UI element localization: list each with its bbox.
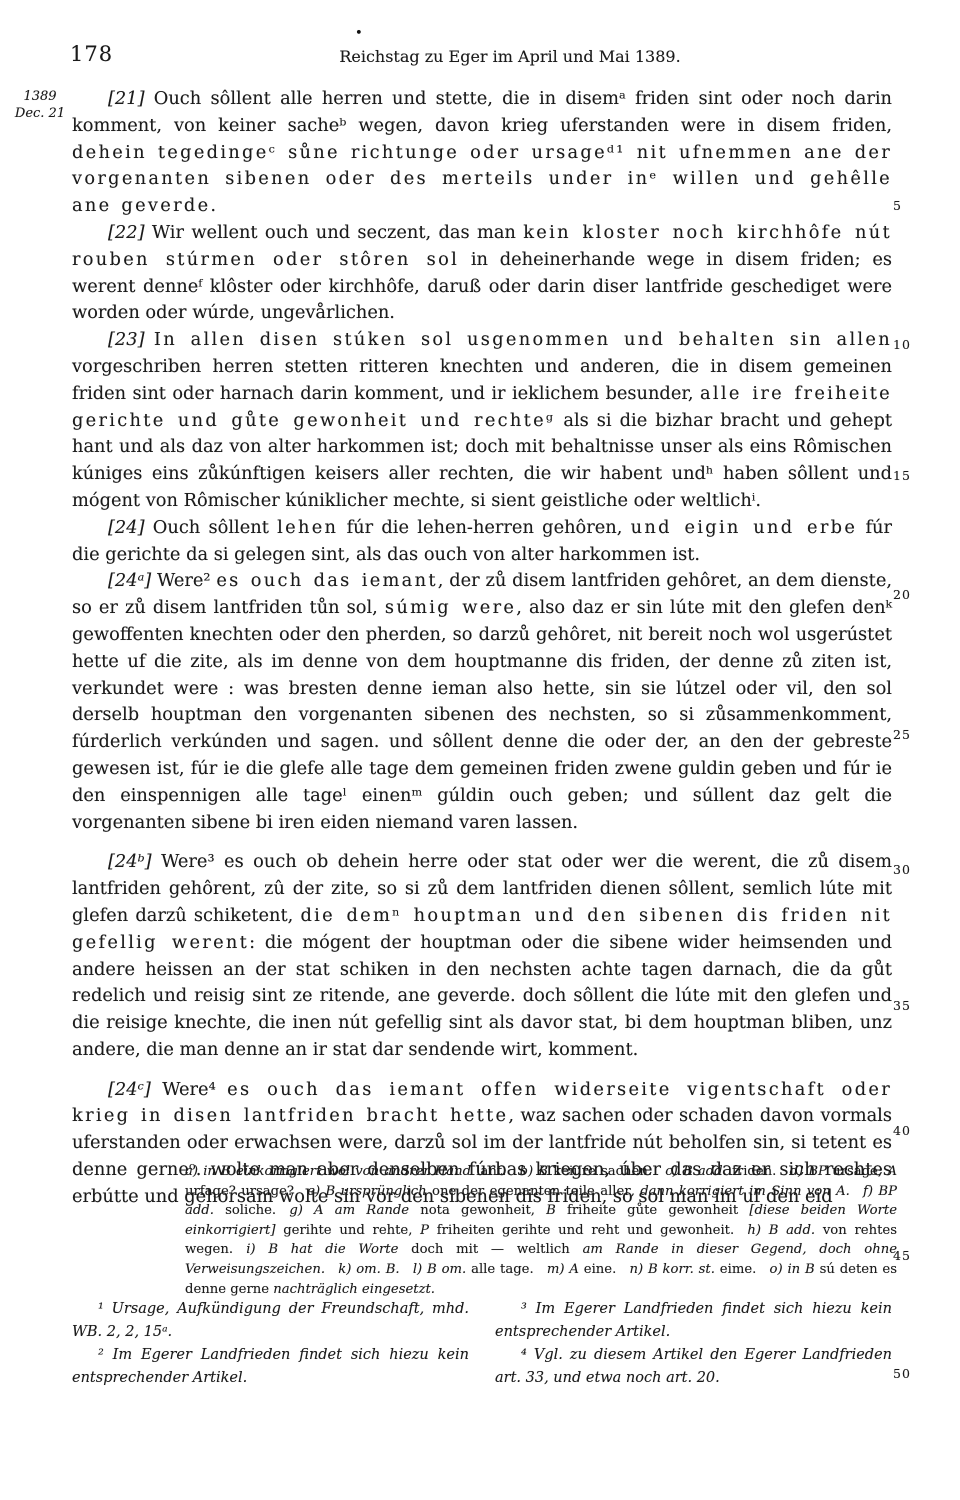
footnotes: ¹ Ursage, Aufkündigung der Freundschaft,…	[72, 1298, 892, 1390]
text-segment: alle tage.	[471, 1262, 547, 1277]
footnotes-left: ¹ Ursage, Aufkündigung der Freundschaft,…	[72, 1298, 469, 1390]
text-segment: k) om. B.	[338, 1262, 413, 1277]
text-segment: Were⁴	[162, 1079, 227, 1100]
text-segment: fúr die lehen-herren gehôren,	[338, 517, 630, 538]
paragraph-label: [24]	[108, 517, 153, 538]
paragraph-label: [24ᵇ]	[108, 851, 161, 872]
footnote-item: ² Im Egerer Landfrieden findet sich hiez…	[72, 1344, 469, 1390]
text-segment: dehein tegedingeᶜ sůne richtunge oder ur…	[72, 142, 892, 217]
text-segment: urfage? ursage?	[185, 1184, 307, 1199]
text-segment: friheiten gerihte und reht und gewonheit…	[437, 1223, 748, 1238]
text-segment: Ouch sôllent	[153, 517, 277, 538]
text-segment: friheite gůte gewonheit	[567, 1203, 749, 1218]
line-number: 35	[893, 998, 929, 1013]
text-segment: i) B hat die Worte	[246, 1242, 411, 1257]
text-segment: n) B korr. st.	[629, 1262, 719, 1277]
text-segment: a) in B einkorrigiert wol von andrer Han…	[185, 1164, 476, 1179]
text-segment: , also daz er sin lúte mit den glefen de…	[72, 597, 892, 832]
line-number: 20	[893, 587, 929, 602]
line-number: 10	[893, 337, 929, 352]
text-segment: friden.	[732, 1164, 790, 1179]
text-segment: In allen disen stúken sol usgenommen und…	[154, 329, 892, 350]
paragraph: [24ᵃ] Were² es ouch das iemant, der zů d…	[72, 568, 892, 836]
text-segment: e) B ursprünglich	[307, 1184, 432, 1199]
text-segment: d) BP	[790, 1164, 833, 1179]
line-number: 5	[893, 198, 929, 213]
paragraph-label: [23]	[108, 329, 154, 350]
text-segment: nachträglich eingesetzt.	[273, 1282, 435, 1297]
text-segment: lant.	[476, 1164, 519, 1179]
text-segment: b) B	[520, 1164, 554, 1179]
running-header: Reichstag zu Eger im April und Mai 1389.	[60, 47, 960, 66]
paragraph-label: [24ᵃ]	[108, 570, 157, 591]
text-segment: Were²	[157, 570, 216, 591]
text-segment: keiure sachen.	[553, 1164, 665, 1179]
line-number: 30	[893, 862, 929, 877]
text-segment: eime.	[720, 1262, 770, 1277]
text-segment: gerihte und rehte,	[283, 1223, 420, 1238]
paragraph: [23] In allen disen stúken sol usgenomme…	[72, 327, 892, 515]
text-segment: o) in B	[770, 1262, 820, 1277]
text-segment: doch mit — weltlich	[411, 1242, 582, 1257]
line-number: 15	[893, 468, 929, 483]
text-segment: Wir wellent ouch und seczent, das man	[152, 222, 523, 243]
text-segment: , dann korrigiert im Sinn von A.	[631, 1184, 863, 1199]
line-number: 50	[893, 1366, 929, 1381]
text-segment: eine.	[584, 1262, 630, 1277]
text-segment: l) B om.	[413, 1262, 471, 1277]
text-segment: B	[546, 1203, 567, 1218]
line-number: 40	[893, 1123, 929, 1138]
margin-date: 1389 Dec. 21	[10, 88, 70, 122]
apparatus: a) in B einkorrigiert wol von andrer Han…	[185, 1162, 897, 1299]
document-page: • 178 Reichstag zu Eger im April und Mai…	[0, 0, 960, 1500]
footnote-item: ¹ Ursage, Aufkündigung der Freundschaft,…	[72, 1298, 469, 1344]
text-segment: ursage;	[832, 1164, 887, 1179]
text-segment: P	[420, 1223, 437, 1238]
text-segment: one der egenanten teile aller	[432, 1184, 631, 1199]
paragraph: [22] Wir wellent ouch und seczent, das m…	[72, 220, 892, 327]
text-segment: c) B add.	[665, 1164, 732, 1179]
text-segment: h) B add.	[747, 1223, 823, 1238]
text-segment: es ouch das iemant	[216, 570, 437, 591]
footnote-item: ³ Im Egerer Landfrieden findet sich hiez…	[495, 1298, 892, 1344]
text-segment: lehen	[277, 517, 338, 538]
paragraph-label: [21]	[108, 88, 154, 109]
main-text: [21] Ouch sôllent alle herren und stette…	[72, 86, 892, 1211]
line-number: 45	[893, 1248, 929, 1263]
text-segment: soliche.	[225, 1203, 289, 1218]
text-segment: und eigin und erbe	[631, 517, 858, 538]
paragraph: [24ᵇ] Were³ es ouch ob dehein herre oder…	[72, 849, 892, 1063]
ornament-dot: •	[355, 29, 363, 39]
text-segment: m) A	[547, 1262, 584, 1277]
paragraph: [24] Ouch sôllent lehen fúr die lehen-he…	[72, 515, 892, 569]
text-segment: Ouch sôllent alle herren und stette, die…	[72, 88, 892, 136]
margin-date-year: 1389	[10, 88, 70, 105]
text-segment: g) A am Rande	[289, 1203, 420, 1218]
paragraph-label: [24ᶜ]	[108, 1079, 162, 1100]
text-segment: nota gewonheit,	[420, 1203, 546, 1218]
text-segment: súmig were	[385, 597, 516, 618]
paragraph: [21] Ouch sôllent alle herren und stette…	[72, 86, 892, 220]
text-segment: A	[887, 1164, 897, 1179]
footnote-item: ⁴ Vgl. zu diesem Artikel den Egerer Land…	[495, 1344, 892, 1390]
margin-date-day: Dec. 21	[10, 105, 70, 122]
footnotes-right: ³ Im Egerer Landfrieden findet sich hiez…	[495, 1298, 892, 1390]
line-number: 25	[893, 727, 929, 742]
paragraph-label: [22]	[108, 222, 152, 243]
